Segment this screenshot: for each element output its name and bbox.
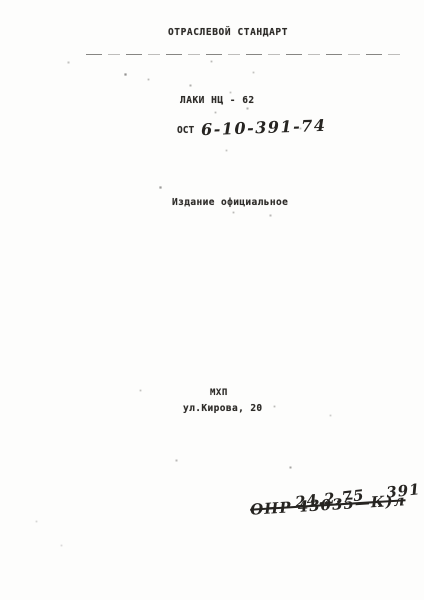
document-header: ОТРАСЛЕВОЙ СТАНДАРТ [0, 27, 424, 38]
product-title: ЛАКИ НЦ - 62 [180, 95, 255, 106]
dashed-divider-line [86, 53, 400, 55]
standard-number-handwritten: 6-10-391-74 [201, 116, 327, 139]
scan-noise-speckles [0, 0, 1, 1]
publisher-address: ул.Кирова, 20 [183, 403, 263, 414]
edition-note: Издание официальное [172, 197, 288, 208]
standard-designation: ОСТ 6-10-391-74 [177, 118, 327, 137]
scanned-document-page: ОТРАСЛЕВОЙ СТАНДАРТ ЛАКИ НЦ - 62 ОСТ 6-1… [0, 0, 424, 600]
publisher-abbreviation: МХП [210, 388, 228, 398]
standard-prefix: ОСТ [177, 125, 194, 136]
